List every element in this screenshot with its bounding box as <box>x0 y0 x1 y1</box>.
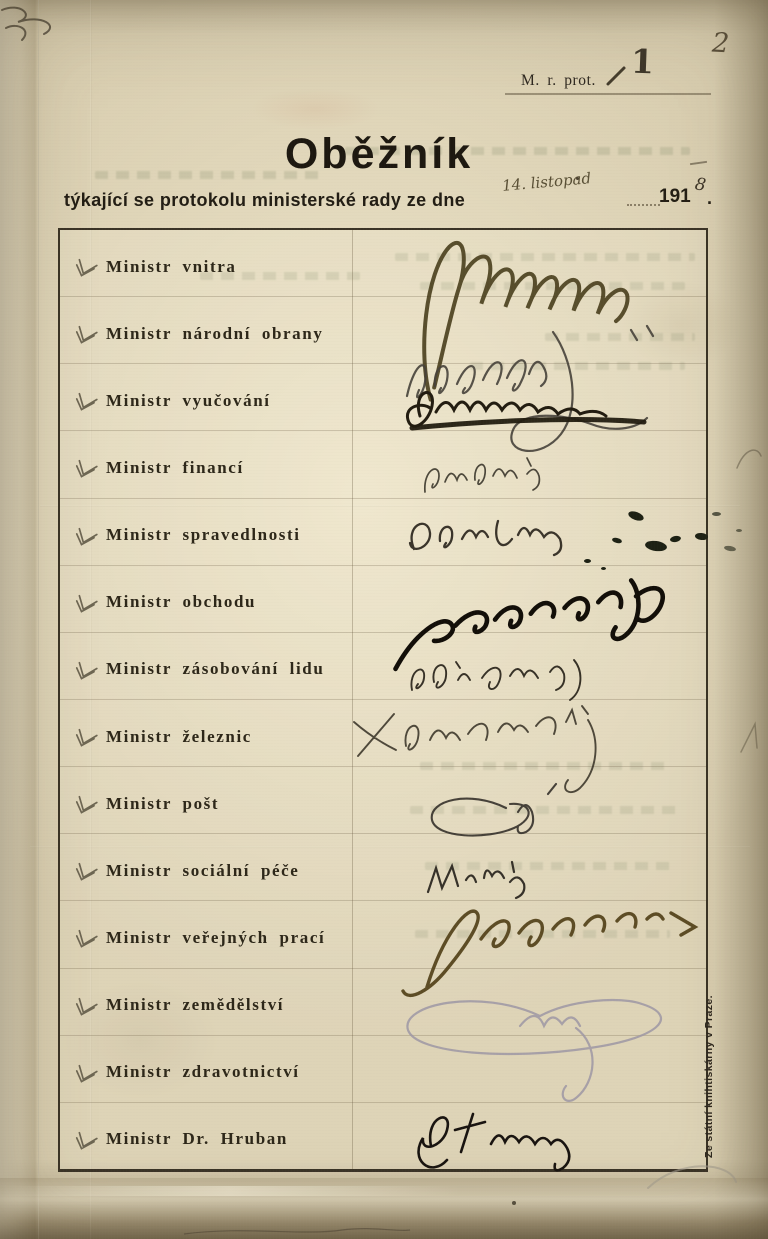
table-row: Ministr zemědělství <box>60 969 706 1036</box>
year-period: . <box>707 188 712 209</box>
crumpled-bottom-edge <box>0 1178 768 1239</box>
table-row: Ministr zásobování lidu <box>60 633 706 700</box>
table-row: Ministr Dr. Hruban <box>60 1103 706 1169</box>
checkmark-icon <box>70 994 102 1020</box>
table-row: Ministr veřejných prací <box>60 901 706 968</box>
ink-blot <box>736 529 742 532</box>
checkmark-icon <box>70 1061 102 1087</box>
ink-dot <box>512 1201 516 1205</box>
table-row: Ministr sociální péče <box>60 834 706 901</box>
table-row: Ministr vyučování <box>60 364 706 431</box>
checkmark-icon <box>70 255 102 281</box>
checkmark-icon <box>70 927 102 953</box>
crease-pen-line <box>182 1224 412 1238</box>
minister-signature-table: Ministr vnitra Ministr národní obrany Mi… <box>58 228 708 1172</box>
checkmark-icon <box>70 591 102 617</box>
year-handwritten-digit: 8 <box>694 174 708 195</box>
crumple-highlight <box>0 1186 768 1196</box>
page-subtitle: týkající se protokolu ministerské rady z… <box>64 190 465 211</box>
table-row: Ministr financí <box>60 431 706 498</box>
handwritten-page-number: 1 <box>630 42 654 82</box>
checkmark-icon <box>70 725 102 751</box>
page-title: Oběžník <box>60 130 698 179</box>
printer-imprint: Ze státní knihtiskárny v Praze. <box>703 1008 715 1158</box>
margin-scribble <box>733 438 766 478</box>
checkmark-icon <box>70 457 102 483</box>
ink-blot <box>712 512 721 516</box>
paper-stain <box>250 88 380 130</box>
handwritten-corner-number: 2 <box>711 28 730 60</box>
checkmark-icon <box>70 658 102 684</box>
ink-dot <box>576 177 579 180</box>
table-row: Ministr zdravotnictví <box>60 1036 706 1103</box>
document-page: 2 1 M. r. prot. Oběžník týkající se prot… <box>0 0 768 1239</box>
table-row: Ministr železnic <box>60 700 706 767</box>
dotted-leader-line <box>627 201 660 206</box>
protocol-label: M. r. prot. <box>521 72 596 90</box>
table-row: Ministr národní obrany <box>60 297 706 364</box>
checkmark-icon <box>70 390 102 416</box>
checkmark-icon <box>70 524 102 550</box>
handwritten-slash-mark <box>604 62 630 88</box>
margin-scribble <box>735 718 765 760</box>
year-printed: 191 <box>659 186 691 208</box>
checkmark-icon <box>70 792 102 818</box>
table-row: Ministr spravedlnosti <box>60 499 706 566</box>
checkmark-icon <box>70 322 102 348</box>
table-row: Ministr vnitra <box>60 230 706 297</box>
table-row: Ministr obchodu <box>60 566 706 633</box>
protocol-underline <box>505 93 711 95</box>
ink-blot <box>724 545 737 552</box>
torn-left-edge <box>0 0 39 1239</box>
checkmark-icon <box>70 1128 102 1154</box>
table-row: Ministr pošt <box>60 767 706 834</box>
checkmark-icon <box>70 860 102 886</box>
